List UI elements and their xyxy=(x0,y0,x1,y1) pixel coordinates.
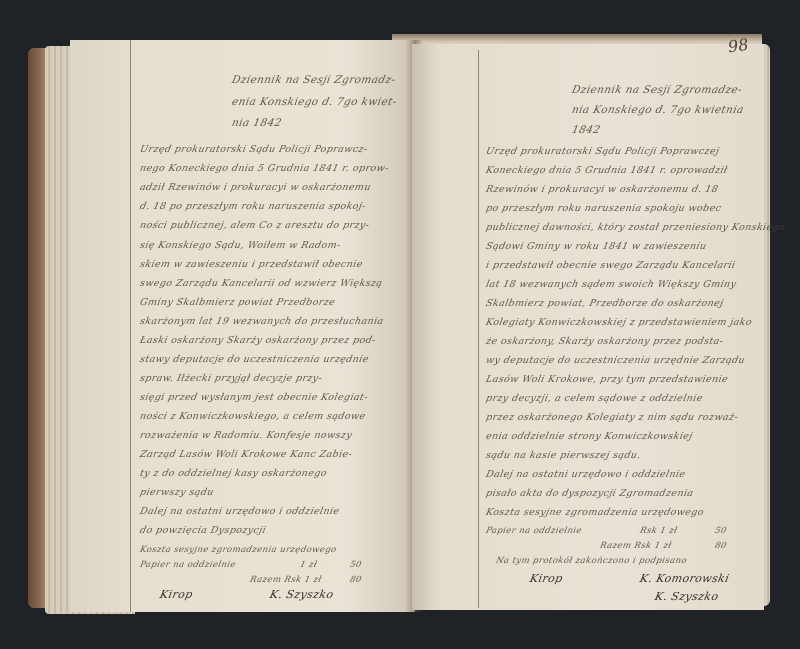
right-body-line: Koszta sesyjne zgromadzenia urzędowego xyxy=(485,507,705,518)
right-cost-amount: 50 xyxy=(714,526,728,536)
left-cost-amount: 50 xyxy=(349,560,363,570)
right-body-line: wy deputacje do uczestniczenia urzędnie … xyxy=(485,355,746,366)
left-body-line: ności publicznej, alem Co z aresztu do p… xyxy=(139,220,371,231)
right-body-line: lat 18 wezwanych sądem swoich Większy Gm… xyxy=(485,279,738,290)
right-cost-total: 80 xyxy=(714,541,728,551)
left-body-line: d. 18 po przeszłym roku naruszenia spoko… xyxy=(139,201,367,212)
right-body-line: Urzęd prokuratorski Sądu Policji Poprawc… xyxy=(485,146,721,157)
left-body-line: rozważenia w Radomiu. Konfesje nowszy xyxy=(139,430,353,441)
left-body-line: ności z Konwiczkowskiego, a celem sądowe xyxy=(139,411,367,422)
right-body-line: pisało akta do dyspozycji Zgromadzenia xyxy=(485,488,695,499)
left-body-line: Urzęd prokuratorski Sądu Policji Poprawc… xyxy=(139,144,369,155)
right-body-line: sądu na kasie pierwszej sądu. xyxy=(485,450,642,461)
left-costs-intro: Koszta sesyjne zgromadzenia urzędowego xyxy=(139,545,338,555)
right-heading-line-3: 1842 xyxy=(571,124,602,136)
right-body-line: przez oskarżonego Kolegiaty z nim sądu r… xyxy=(485,412,739,423)
right-body-line: enia oddzielnie strony Konwiczkowskiej xyxy=(485,431,694,442)
right-cost-total-label: Razem Rsk 1 zł xyxy=(599,541,673,551)
right-body-line: publicznej dawności, który został przeni… xyxy=(485,222,786,233)
left-cost-label: Papier na oddzielnie xyxy=(139,560,237,570)
right-body-line: i przedstawił obecnie swego Zarządu Kanc… xyxy=(485,260,737,271)
right-signature-left: Kirop xyxy=(529,572,564,585)
left-body-line: skiem w zawieszeniu i przedstawił obecni… xyxy=(139,259,364,270)
left-body-line: nego Koneckiego dnia 5 Grudnia 1841 r. o… xyxy=(139,163,390,174)
right-body-line: przy decyzji, a celem sądowe z oddzielni… xyxy=(485,393,704,404)
left-body-line: Łaski oskarżony Skarży oskarżony przez p… xyxy=(139,335,377,346)
right-body-line: Kolegiaty Konwiczkowskiej z przedstawien… xyxy=(485,317,753,328)
left-body-line: skarżonym lat 19 wezwanych do przesłucha… xyxy=(139,316,385,327)
left-cost-total: 80 xyxy=(349,575,363,585)
right-body-line: Koneckiego dnia 5 Grudnia 1841 r. oprowa… xyxy=(485,165,729,176)
left-body-line: pierwszy sądu xyxy=(139,487,215,498)
right-signature-second: K. Szyszko xyxy=(654,590,720,603)
left-cost-total-label: Razem Rsk 1 zł xyxy=(249,575,323,585)
left-margin-rule xyxy=(130,40,131,612)
left-body-line: Gminy Skalbmierz powiat Przedborze xyxy=(139,297,336,308)
right-body-line: Rzewinów i prokuracyi w oskarżonemu d. 1… xyxy=(485,184,719,195)
left-body-line: do powzięcia Dyspozycji xyxy=(139,525,267,536)
left-signature-right: K. Szyszko xyxy=(269,588,335,601)
right-signature-right: K. Komorowski xyxy=(639,572,731,585)
right-closing-line: Na tym protokół zakończono i podpisano xyxy=(495,556,688,566)
right-cost-label: Papier na oddzielnie xyxy=(485,526,583,536)
left-body-line: stawy deputacje do uczestniczenia urzędn… xyxy=(139,354,370,365)
left-signature-left: Kirop xyxy=(159,588,194,601)
left-heading-line-2: enia Konskiego d. 7go kwiet- xyxy=(231,96,398,108)
left-body-line: Zarząd Lasów Woli Krokowe Kanc Zabie- xyxy=(139,449,353,460)
right-cost-amount: Rsk 1 zł xyxy=(639,526,678,536)
right-body-line: Dalej na ostatni urzędowo i oddzielnie xyxy=(485,469,687,480)
left-body-line: Dalej na ostatni urzędowo i oddzielnie xyxy=(139,506,341,517)
right-body-line: że oskarżony, Skarży oskarżony przez pod… xyxy=(485,336,725,347)
left-body-line: swego Zarządu Kancelarii od wzwierz Więk… xyxy=(139,278,384,289)
left-body-line: się Konskiego Sądu, Woiłem w Radom- xyxy=(139,240,342,251)
right-body-line: Skalbmierz powiat, Przedborze do oskarżo… xyxy=(485,298,725,309)
left-heading-line-1: Dziennik na Sesji Zgromadz- xyxy=(231,74,397,86)
right-body-line: Sądowi Gminy w roku 1841 w zawieszeniu xyxy=(485,241,708,252)
left-body-line: sięgi przed wysłanym jest obecnie Kolegi… xyxy=(139,392,369,403)
right-body-line: Lasów Woli Krokowe, przy tym przedstawie… xyxy=(485,374,729,385)
right-body-line: po przeszłym roku naruszenia spokoju wob… xyxy=(485,203,723,214)
left-body-line: adził Rzewinów i prokuracyi w oskarżonem… xyxy=(139,182,372,193)
left-body-line: ty z do oddzielnej kasy oskarżonego xyxy=(139,468,328,479)
left-heading-line-3: nia 1842 xyxy=(231,117,283,129)
right-margin-rule xyxy=(478,50,479,608)
open-register-book: Dziennik na Sesji Zgromadz- enia Konskie… xyxy=(0,0,800,649)
left-cost-amount: 1 zł xyxy=(299,560,318,570)
right-heading-line-2: nia Konskiego d. 7go kwietnia xyxy=(571,104,745,116)
page-number: 98 xyxy=(727,35,750,57)
left-body-line: spraw. Iłżecki przyjął decyzje przy- xyxy=(139,373,323,384)
right-heading-line-1: Dziennik na Sesji Zgromadze- xyxy=(571,84,744,96)
